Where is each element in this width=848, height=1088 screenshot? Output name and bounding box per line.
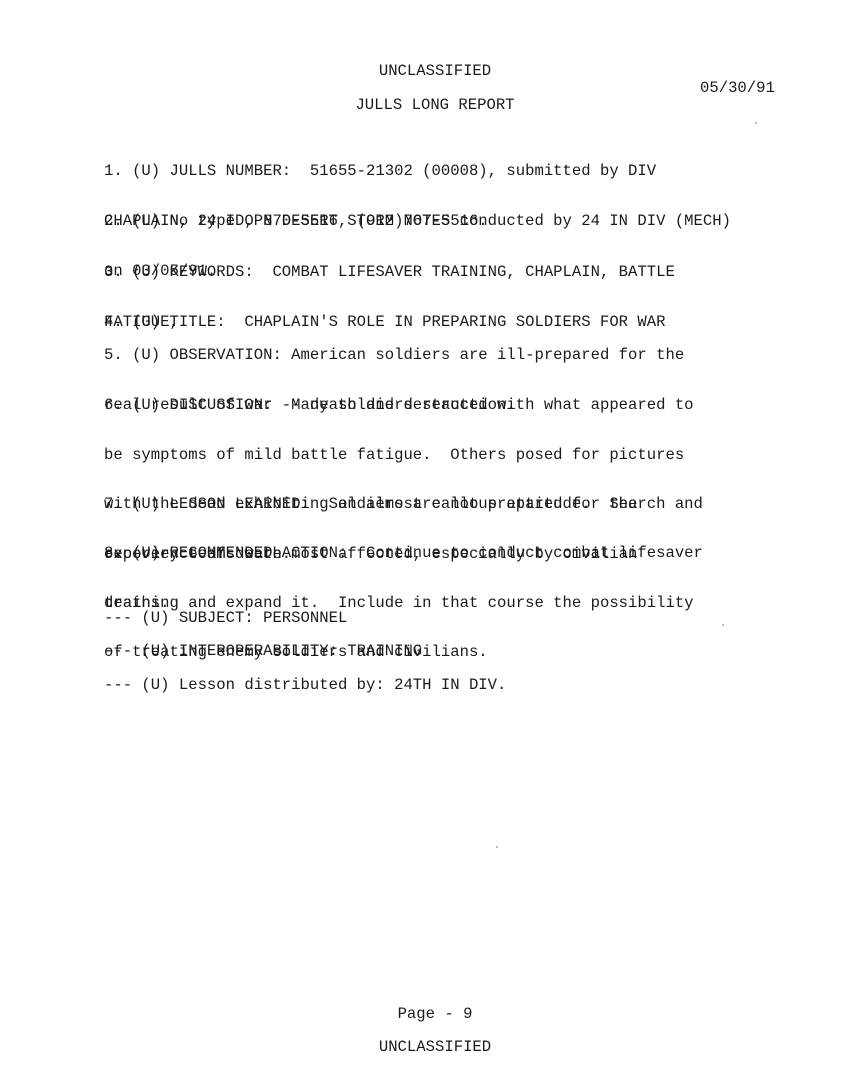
footnote-interoperability: --- (U) INTEROPERABILITY: TRAINING <box>104 643 422 660</box>
classification-header: UNCLASSIFIED <box>0 63 848 80</box>
paragraph-recommended-action: 8. (U) RECOMMENDED ACTION: Continue to c… <box>104 512 703 694</box>
footnote-subject: --- (U) SUBJECT: PERSONNEL <box>104 610 347 627</box>
report-date: 05/30/91 <box>700 80 775 97</box>
footnote-distributed-by: --- (U) Lesson distributed by: 24TH IN D… <box>104 677 506 694</box>
classification-footer: UNCLASSIFIED <box>0 1039 848 1056</box>
report-title: JULLS LONG REPORT <box>0 97 848 114</box>
page-number: Page - 9 <box>0 1006 848 1023</box>
scan-speck <box>755 122 757 124</box>
scan-speck <box>722 624 724 626</box>
scan-speck <box>496 846 498 848</box>
